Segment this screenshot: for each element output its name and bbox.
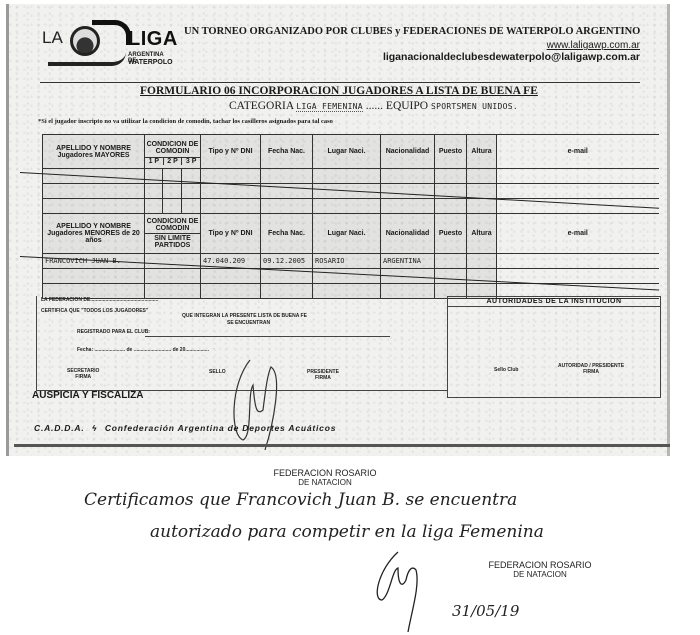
col-fecha: Fecha Nac. (261, 214, 313, 254)
certifica-line: CERTIFICA QUE "TODOS LOS JUGADORES" (41, 308, 148, 314)
categoria-line: CATEGORIA LIGA FEMENINA ...... EQUIPO SP… (229, 100, 518, 112)
secretario-sign: SECRETARIOFIRMA (67, 368, 99, 380)
equipo-label: ...... EQUIPO (366, 100, 428, 112)
equipo-value: SPORTSMEN UNIDOS. (431, 102, 518, 111)
email-link[interactable]: liganacionaldeclubesdewaterpolo@laligawp… (383, 51, 640, 63)
cadda-logo-icon: ϟ (88, 423, 102, 433)
form-title: FORMULARIO 06 INCORPORACION JUGADORES A … (140, 85, 538, 97)
fecha-line: Fecha: ...................... de .......… (77, 347, 209, 353)
sello-label: SELLO (209, 369, 226, 375)
autoridad-sign: AUTORIDAD / PRESIDENTEFIRMA (558, 363, 624, 375)
la-liga-logo: LA LIGA ARGENTINA DE WATERPOLO (40, 16, 170, 74)
col-lugar: Lugar Naci. (313, 135, 381, 169)
col-puesto: Puesto (435, 135, 467, 169)
comodin-header: CONDICION DE COMODIN 1 P 2 P 3 P (145, 135, 201, 169)
handwritten-date: 31/05/19 (452, 602, 519, 620)
autoridades-box: AUTORIDADES DE LA INSTITUCION Sello Club… (447, 296, 661, 398)
table-row (43, 199, 659, 214)
federacion-line: LA FEDERACION DE........................… (41, 297, 158, 303)
sello-club-label: Sello Club (494, 367, 518, 373)
col-dni: Tipo y Nº DNI (201, 214, 261, 254)
waterpolo-ball-icon (70, 26, 100, 56)
player-lugar: ROSARIO (313, 254, 381, 269)
handwritten-line-2: autorizado para competir en la liga Feme… (150, 522, 544, 542)
player-puesto (435, 254, 467, 269)
presidente-sign: PRESIDENTEFIRMA (307, 369, 339, 381)
col-altura: Altura (467, 135, 497, 169)
club-underline (145, 336, 390, 337)
header-divider (40, 82, 640, 83)
player-nacionalidad: ARGENTINA (381, 254, 435, 269)
mayores-header-row: APELLIDO Y NOMBRE Jugadores MAYORES COND… (43, 135, 659, 169)
col-fecha: Fecha Nac. (261, 135, 313, 169)
logo-liga: LIGA (128, 28, 178, 51)
table-row (43, 269, 659, 284)
comodin-sin-limite-header: CONDICION DE COMODIN SIN LIMITE PARTIDOS (145, 214, 201, 254)
confederacion-name: Confederación Argentina de Deportes Acuá… (105, 423, 336, 433)
autoridades-title: AUTORIDADES DE LA INSTITUCION (448, 297, 660, 307)
signature-bottom (370, 540, 450, 635)
player-email (497, 254, 659, 269)
stamp-top: FEDERACION ROSARIODE NATACION (265, 468, 385, 487)
col-email: e-mail (497, 135, 659, 169)
player-comodin (145, 254, 201, 269)
logo-la: LA (42, 28, 63, 48)
logo-sub2: WATERPOLO (128, 59, 173, 66)
website-link[interactable]: www.laligawp.com.ar (547, 40, 640, 51)
categoria-value: LIGA FEMENINA (296, 102, 363, 112)
col-lugar: Lugar Naci. (313, 214, 381, 254)
col-nacionalidad: Nacionalidad (381, 214, 435, 254)
col-nacionalidad: Nacionalidad (381, 135, 435, 169)
col-puesto: Puesto (435, 214, 467, 254)
auspicia-label: AUSPICIA Y FISCALIZA (32, 390, 144, 401)
signature-scribble (225, 355, 285, 455)
form-note: *Si el jugador inscripto no va utilizar … (38, 118, 333, 125)
table-row (43, 169, 659, 184)
encuentran-line: SE ENCUENTRAN (227, 320, 270, 326)
mayores-name-header: APELLIDO Y NOMBRE Jugadores MAYORES (43, 135, 145, 169)
cadda-line: C.A.D.D.A. ϟ Confederación Argentina de … (34, 423, 336, 433)
col-dni: Tipo y Nº DNI (201, 135, 261, 169)
col-altura: Altura (467, 214, 497, 254)
organizer-title: UN TORNEO ORGANIZADO POR CLUBES y FEDERA… (184, 26, 640, 37)
integran-line: QUE INTEGRAN LA PRESENTE LISTA DE BUENA … (182, 313, 307, 319)
menores-name-header: APELLIDO Y NOMBRE Jugadores MENORES de 2… (43, 214, 145, 254)
col-email: e-mail (497, 214, 659, 254)
handwritten-line-1: Certificamos que Francovich Juan B. se e… (84, 490, 517, 510)
registrado-line: REGISTRADO PARA EL CLUB: (77, 329, 150, 335)
stamp-bottom: FEDERACION ROSARIODE NATACION (480, 560, 600, 579)
form-bottom-edge (14, 444, 670, 447)
menores-header-row: APELLIDO Y NOMBRE Jugadores MENORES de 2… (43, 214, 659, 254)
categoria-label: CATEGORIA (229, 100, 294, 112)
player-fecha: 09.12.2005 (261, 254, 313, 269)
table-row: FRANCOVICH JUAN B. 47.040.209 09.12.2005… (43, 254, 659, 269)
player-altura (467, 254, 497, 269)
cadda-acronym: C.A.D.D.A. (34, 423, 85, 433)
